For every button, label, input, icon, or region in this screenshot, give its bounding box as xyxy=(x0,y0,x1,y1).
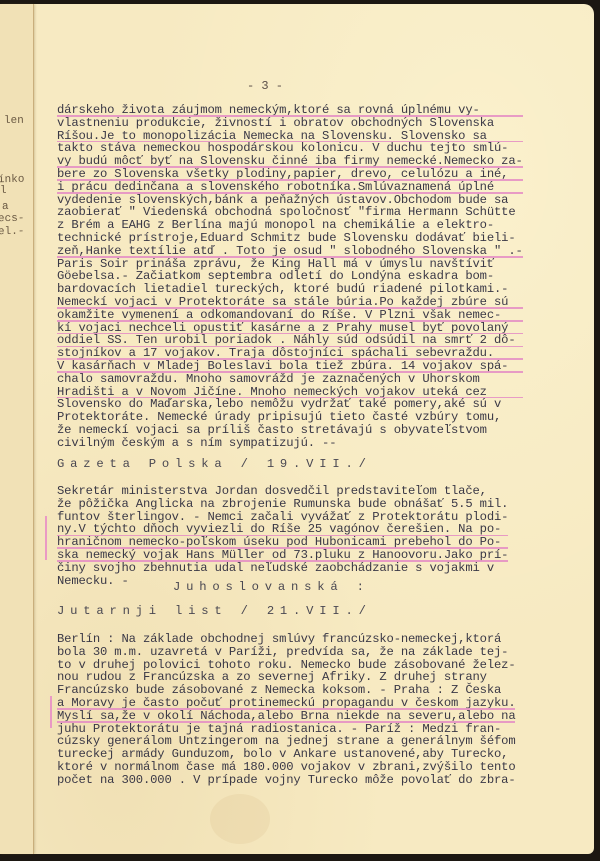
text-line: dárskeho života záujmom nemeckým,ktoré s… xyxy=(57,104,523,117)
section-heading-jutarnji-list: Jutarnji list / 21.VII./ xyxy=(57,604,372,618)
text-line: ska nemecký vojak Hans Müller od 73.pluk… xyxy=(57,549,508,562)
margin-note: len xyxy=(4,115,24,127)
text-line: i prácu dedinčana a slovenského robotník… xyxy=(57,181,523,194)
text-line: ktoré v normálnom čase má 180.000 vojako… xyxy=(57,761,515,774)
text-line: Protektoráte. Nemecké úrady pripisujú ti… xyxy=(57,411,523,424)
text-line: chalo samovraždu. Mnoho samovrážd je zaz… xyxy=(57,373,523,386)
body-text-section-3: Berlín : Na základe obchodnej smlúvy fra… xyxy=(57,633,515,787)
body-text-section-2: Sekretár ministerstva Jordan dosvedčil p… xyxy=(57,485,508,587)
margin-highlight-bar xyxy=(45,516,47,560)
text-line: zeň,Hanke textílie atď . Toto je osud " … xyxy=(57,245,523,258)
text-line: bere zo Slovenska všetky plodiny,papier,… xyxy=(57,168,523,181)
text-line: Nemeckí vojaci v Protektoráte sa stále b… xyxy=(57,296,523,309)
text-line: Sekretár ministerstva Jordan dosvedčil p… xyxy=(57,485,508,498)
text-line: a Moravy je často počuť protinemeckú pro… xyxy=(57,697,515,710)
section-heading-gazeta-polska: Gazeta Polska / 19.VII./ xyxy=(57,457,372,471)
text-line: V kasárňach v Mladej Boleslavi bola tiež… xyxy=(57,360,523,373)
text-line: že pôžička Anglicka na zbrojenie Rumunsk… xyxy=(57,498,508,511)
document-page: len ínko l a ecs- el.- - 3 - dárskeho ži… xyxy=(0,4,594,854)
text-line: Berlín : Na základe obchodnej smlúvy fra… xyxy=(57,633,515,646)
text-line: bola 30 m.m. uzavretá v Paríži, predvída… xyxy=(57,646,515,659)
margin-highlight-bar xyxy=(50,696,52,728)
margin-note: ecs- xyxy=(0,213,25,225)
body-text-section-1: dárskeho života záujmom nemeckým,ktoré s… xyxy=(57,104,523,450)
text-line: že nemeckí vojaci sa príliš často stretá… xyxy=(57,424,523,437)
underlying-page-edge: len ínko l a ecs- el.- xyxy=(0,4,34,854)
text-line: Myslí sa,že v okolí Náchoda,alebo Brna n… xyxy=(57,710,515,723)
text-line: okamžite vymenení a odkomandovaní do Ríš… xyxy=(57,309,523,322)
margin-note: l xyxy=(0,185,7,197)
text-line: civilným českým a s ním sympatizujú. -- xyxy=(57,437,523,450)
page-number: - 3 - xyxy=(247,79,283,93)
text-line: počet na 300.000 . V prípade vojny Turec… xyxy=(57,774,515,787)
section-title-juhoslovanska: Juhoslovanská : xyxy=(173,580,370,594)
margin-note: a xyxy=(2,201,9,213)
margin-note: el.- xyxy=(0,226,25,238)
text-line: činy svojho zbehnutia udal neľudské zaob… xyxy=(57,562,508,575)
text-line: technické prístroje,Eduard Schmitz bude … xyxy=(57,232,523,245)
text-line: vlastneniu produkcie, živností i obratov… xyxy=(57,117,523,130)
paper-stain xyxy=(210,794,270,844)
